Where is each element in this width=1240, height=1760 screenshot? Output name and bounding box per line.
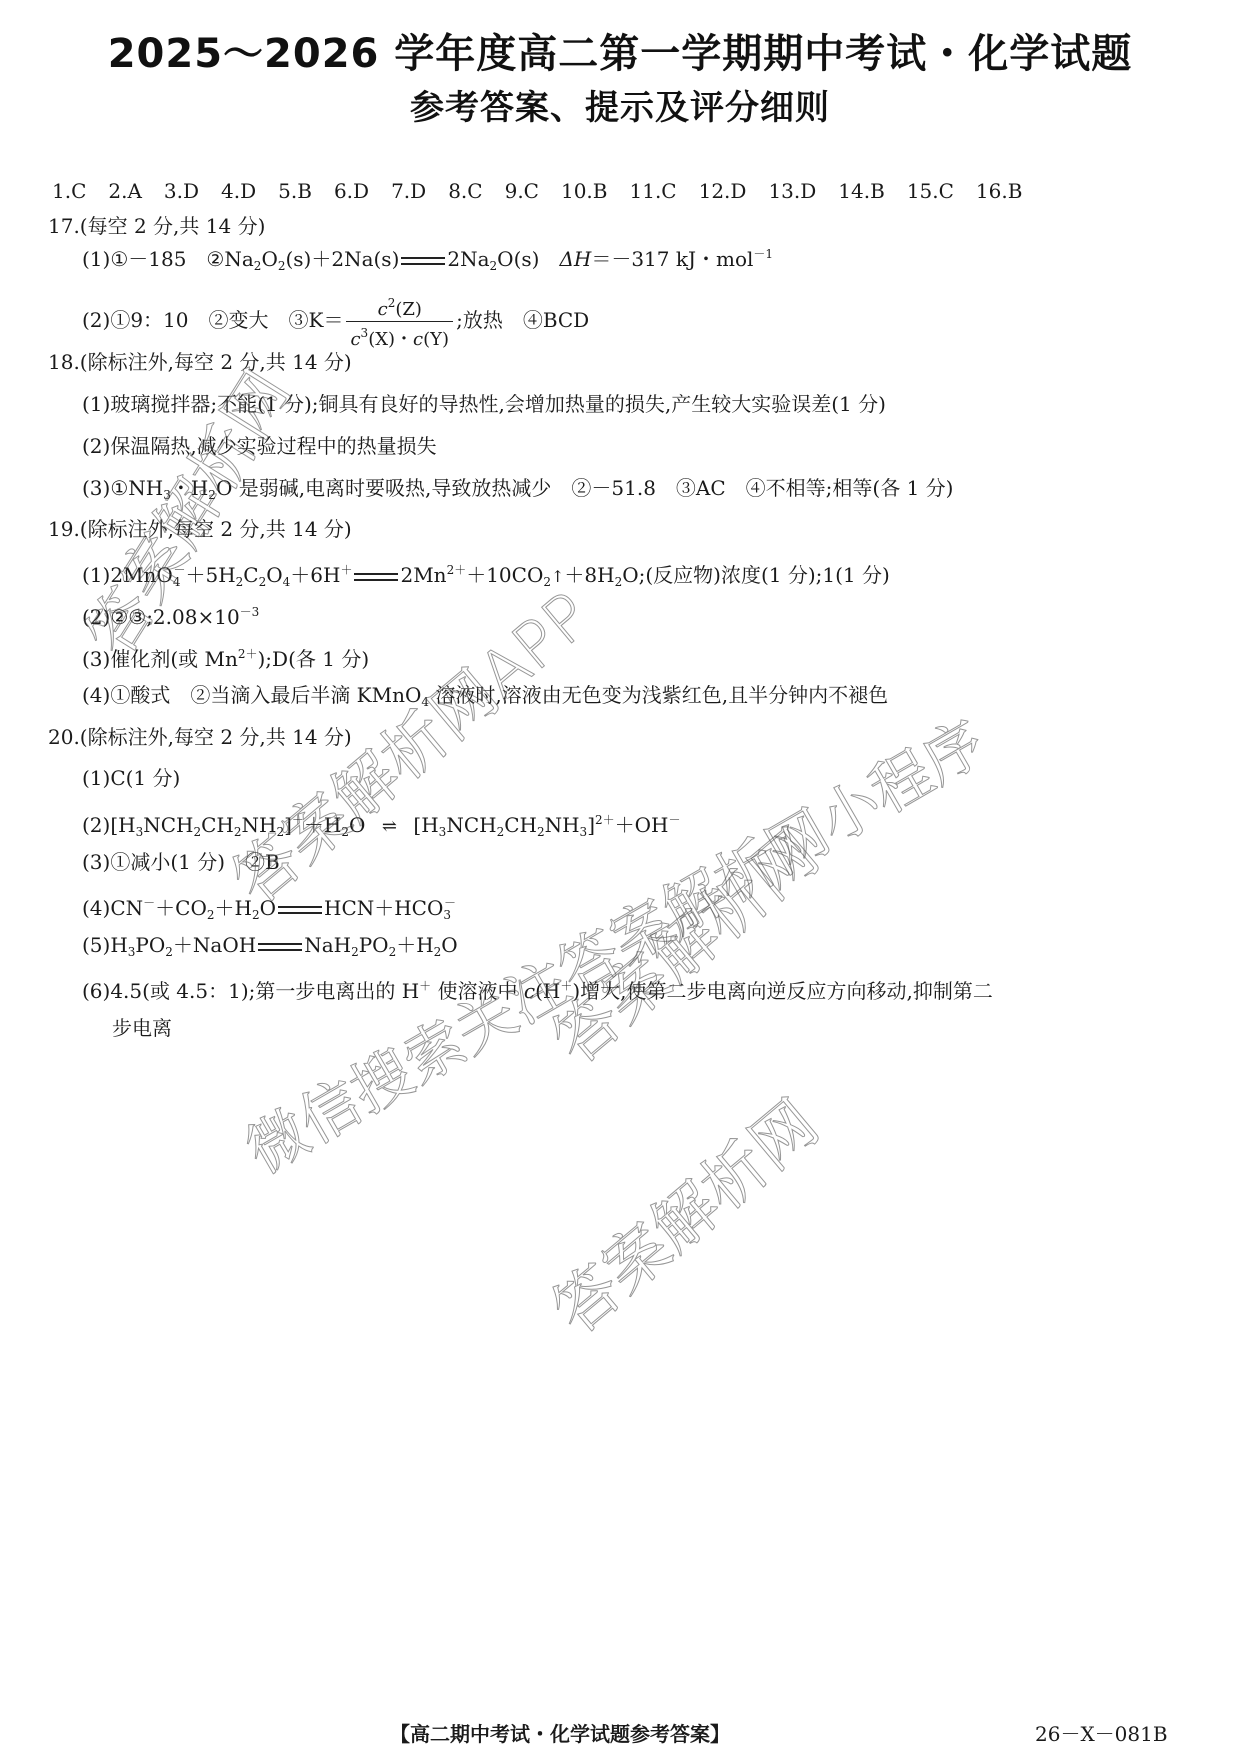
q20-part5: (5)H3PO2＋NaOHNaH2PO2＋H2O — [82, 931, 458, 966]
equals-arrow-icon — [401, 257, 445, 265]
equals-arrow-icon — [258, 943, 302, 951]
q18-part2: (2)保温隔热,减少实验过程中的热量损失 — [82, 432, 437, 460]
page-title: 2025～2026 学年度高二第一学期期中考试・化学试题 — [0, 22, 1240, 79]
watermark: 答案解析网 — [530, 805, 834, 1081]
q17-part1: (1)①－185 ②Na2O2(s)＋2Na(s)2Na2O(s) ΔH＝－31… — [82, 240, 773, 280]
mc-answer: 11.C — [630, 179, 677, 203]
q20-part3: (3)①减小(1 分) ②B — [82, 848, 280, 876]
q18-heading: 18.(除标注外,每空 2 分,共 14 分) — [48, 348, 352, 376]
q19-part1: (1)2MnO4－＋5H2C2O4＋6H＋2Mn2＋＋10CO2↑＋8H2O;(… — [82, 556, 890, 596]
reversible-arrow-icon: ⇌ — [367, 822, 411, 832]
page-subtitle: 参考答案、提示及评分细则 — [0, 80, 1240, 129]
equilibrium-constant-fraction: c2(Z)c3(X)・c(Y) — [346, 292, 453, 351]
mc-answer: 3.D — [164, 179, 199, 203]
mc-answer: 16.B — [976, 179, 1023, 203]
mc-answer: 7.D — [391, 179, 426, 203]
q19-heading: 19.(除标注外,每空 2 分,共 14 分) — [48, 515, 352, 543]
q20-heading: 20.(除标注外,每空 2 分,共 14 分) — [48, 723, 352, 751]
footer-title: 【高二期中考试・化学试题参考答案】 — [390, 1718, 730, 1747]
mc-answer: 10.B — [561, 179, 608, 203]
mc-answer: 2.A — [108, 179, 142, 203]
mc-answer: 6.D — [334, 179, 369, 203]
mc-answer: 15.C — [907, 179, 954, 203]
gas-arrow-icon: ↑ — [551, 567, 564, 586]
mc-answer: 1.C — [52, 179, 86, 203]
q17-heading: 17.(每空 2 分,共 14 分) — [48, 212, 265, 240]
q18-part3: (3)①NH3・H2O 是弱碱,电离时要吸热,导致放热减少 ②－51.8 ③AC… — [82, 474, 953, 509]
q20-part6-continued: 步电离 — [112, 1014, 172, 1042]
equals-arrow-icon — [354, 573, 398, 581]
footer-code: 26－X－081B — [1035, 1718, 1168, 1747]
q19-part2: (2)②③;2.08×10－3 — [82, 598, 259, 631]
mc-answer: 4.D — [221, 179, 256, 203]
multiple-choice-answers: 1.C2.A3.D4.D5.B6.D7.D8.C9.C10.B11.C12.D1… — [52, 177, 1044, 205]
equals-arrow-icon — [278, 906, 322, 914]
q20-part4: (4)CN－＋CO2＋H2OHCN＋HCO3－ — [82, 889, 456, 929]
q20-part1: (1)C(1 分) — [82, 764, 180, 792]
q19-part3: (3)催化剂(或 Mn2＋);D(各 1 分) — [82, 640, 369, 673]
q20-part2: (2)[H3NCH2CH2NH2]＋＋H2O⇌[H3NCH2CH2NH3]2＋＋… — [82, 806, 681, 846]
mc-answer: 14.B — [838, 179, 885, 203]
mc-answer: 13.D — [768, 179, 816, 203]
q19-part4: (4)①酸式 ②当滴入最后半滴 KMnO4 溶液时,溶液由无色变为浅紫红色,且半… — [82, 681, 888, 716]
watermark: 答案解析网 — [530, 1075, 834, 1351]
mc-answer: 5.B — [278, 179, 312, 203]
q18-part1: (1)玻璃搅拌器;不能(1 分);铜具有良好的导热性,会增加热量的损失,产生较大… — [82, 390, 886, 418]
mc-answer: 8.C — [448, 179, 482, 203]
mc-answer: 12.D — [699, 179, 747, 203]
mc-answer: 9.C — [505, 179, 539, 203]
q20-part6: (6)4.5(或 4.5：1);第一步电离出的 H＋ 使溶液中 c(H＋)增大,… — [82, 972, 993, 1005]
q17-part2: (2)①9：10 ②变大 ③K＝c2(Z)c3(X)・c(Y);放热 ④BCD — [82, 292, 589, 351]
